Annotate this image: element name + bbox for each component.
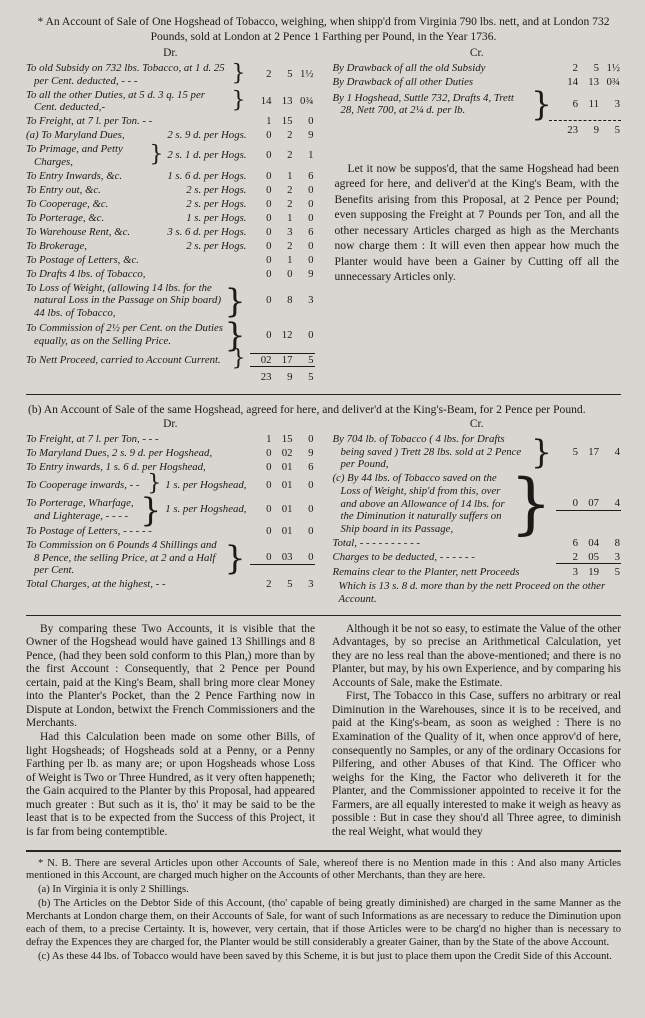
ledger-note: Which is 13 s. 8 d. more than by the net… <box>339 580 622 606</box>
amount-group: 020 <box>250 184 315 197</box>
ledger-row: To Drafts 4 lbs. of Tobacco,009 <box>26 268 315 281</box>
amount: 1 <box>272 212 293 225</box>
amount: 2 <box>251 68 272 81</box>
amount: 0 <box>557 497 578 510</box>
amount: 23 <box>251 371 272 384</box>
entry-rate: 2 s. per Hogs. <box>186 240 246 253</box>
ledger-row: To Brokerage,2 s. per Hogs.020 <box>26 240 315 253</box>
ledger-row: 2395 <box>333 124 622 137</box>
entry-label: To Cooperage, &c. <box>26 198 183 211</box>
amount: 0 <box>293 198 314 211</box>
ledger-row: To Maryland Dues, 2 s. 9 d. per Hogshead… <box>26 447 315 460</box>
ledger-row: To all the other Duties, at 5 d. 3 q. 15… <box>26 89 315 114</box>
amount: 0 <box>293 115 314 128</box>
debit-column-label: Dr. <box>26 47 315 59</box>
amount-group: 3195 <box>556 566 621 579</box>
amount: 6 <box>557 537 578 550</box>
amount: 01 <box>272 525 293 538</box>
footnote: (b) The Articles on the Debtor Side of t… <box>26 898 621 950</box>
amount: 1 <box>251 433 272 446</box>
brace-glyph: } <box>531 90 552 118</box>
amount: 3 <box>293 578 314 591</box>
ledger-row: By Drawback of all other Duties14130¾ <box>333 76 622 89</box>
amount: 9 <box>272 371 293 384</box>
amount: 5 <box>293 371 314 384</box>
account-b-column-labels: Dr. Cr. <box>26 418 621 430</box>
amount: 0 <box>251 447 272 460</box>
brace-glyph: } <box>225 544 246 572</box>
amount: 0 <box>251 503 272 516</box>
amount: 0 <box>293 503 314 516</box>
amount: 0¾ <box>293 95 314 108</box>
amount-group: 010 <box>250 254 315 267</box>
amount: 3 <box>599 551 620 564</box>
ledger-row: Charges to be deducted, - - - - - -2053 <box>333 551 622 565</box>
amount: 9 <box>578 124 599 137</box>
ledger-row: To Warehouse Rent, &c.3 s. 6 d. per Hogs… <box>26 226 315 239</box>
commentary-columns: By comparing these Two Accounts, it is v… <box>26 623 621 840</box>
amount-group: 14130¾ <box>556 76 621 89</box>
entry-rate: 1 s. per Hogshead, <box>165 503 246 516</box>
amount: 1½ <box>599 62 620 75</box>
amount: 01 <box>272 479 293 492</box>
scanned-ledger-page: * An Account of Sale of One Hogshead of … <box>0 0 645 1018</box>
amount-group: 020 <box>250 198 315 211</box>
commentary-right-column: Although it be not so easy, to estimate … <box>332 623 621 840</box>
ledger-row: By 704 lb. of Tobacco ( 4 lbs. for Draft… <box>333 433 622 471</box>
entry-label: By Drawback of all the old Subsidy <box>333 62 554 75</box>
dashed-rule <box>549 120 621 123</box>
amount: 6 <box>557 98 578 111</box>
account-a-ledger: To old Subsidy on 732 lbs. Tobacco, at 1… <box>26 61 621 385</box>
amount: 2 <box>251 578 272 591</box>
amount: 17 <box>272 354 293 367</box>
amount: 02 <box>251 354 272 367</box>
commentary-paragraph: Had this Calculation been made on some o… <box>26 731 315 840</box>
amount: 3 <box>557 566 578 579</box>
commentary-left-column: By comparing these Two Accounts, it is v… <box>26 623 315 840</box>
entry-label: To Primage, and Petty Charges, <box>26 143 148 168</box>
entry-rate: 2 s. per Hogs. <box>186 184 246 197</box>
account-b-header: (b) An Account of Sale of the same Hogsh… <box>28 402 619 417</box>
amount: 07 <box>578 497 599 510</box>
amount-group: 0010 <box>250 503 315 516</box>
brace-glyph: } <box>149 146 163 165</box>
amount: 0 <box>251 479 272 492</box>
amount: 6 <box>293 226 314 239</box>
amount: 2 <box>272 198 293 211</box>
amount: 19 <box>578 566 599 579</box>
amount: 0 <box>251 226 272 239</box>
entry-rate: 1 s. per Hogshead, <box>165 479 246 492</box>
entry-label: To Freight, at 7 l. per Ton, - - - <box>26 433 247 446</box>
amount: 0 <box>293 254 314 267</box>
entry-rate: 1 s. per Hogs. <box>186 212 246 225</box>
entry-rate: 3 s. 6 d. per Hogs. <box>167 226 246 239</box>
account-a-credit-column: By Drawback of all the old Subsidy251½By… <box>333 61 622 385</box>
ledger-row: (a) To Maryland Dues,2 s. 9 d. per Hogs.… <box>26 129 315 142</box>
ledger-row: To Porterage, &c.1 s. per Hogs.010 <box>26 212 315 225</box>
entry-label: To Loss of Weight, (allowing 14 lbs. for… <box>26 282 224 320</box>
ledger-row: To Entry Inwards, &c.1 s. 6 d. per Hogs.… <box>26 170 315 183</box>
amount-group: 2053 <box>556 551 621 565</box>
amount-group: 1150 <box>250 433 315 446</box>
amount: 6 <box>293 461 314 474</box>
amount: 4 <box>599 446 620 459</box>
amount: 1 <box>293 149 314 162</box>
amount-group: 1150 <box>250 115 315 128</box>
brace-glyph: } <box>225 287 246 315</box>
amount: 0 <box>251 525 272 538</box>
commentary-paragraph: By comparing these Two Accounts, it is v… <box>26 623 315 732</box>
entry-label: Charges to be deducted, - - - - - - <box>333 551 554 564</box>
amount: 03 <box>272 551 293 564</box>
amount: 0 <box>293 212 314 225</box>
ledger-row: To old Subsidy on 732 lbs. Tobacco, at 1… <box>26 62 315 87</box>
amount-group: 2395 <box>250 371 315 384</box>
entry-label: To Commission of 2½ per Cent. on the Dut… <box>26 322 224 347</box>
amount: 6 <box>293 170 314 183</box>
ledger-row: (c) By 44 lbs. of Tobacco saved on the L… <box>333 472 622 535</box>
amount: 0 <box>251 170 272 183</box>
amount: 5 <box>599 566 620 579</box>
ledger-row: To Loss of Weight, (allowing 14 lbs. for… <box>26 282 315 320</box>
amount-group: 0016 <box>250 461 315 474</box>
ledger-row <box>333 120 622 123</box>
entry-label: To all the other Duties, at 5 d. 3 q. 15… <box>26 89 231 114</box>
entry-label: To Porterage, &c. <box>26 212 183 225</box>
amount-group: 021 <box>250 149 315 162</box>
amount: 0 <box>251 240 272 253</box>
brace-glyph: } <box>225 321 246 349</box>
amount: 9 <box>293 268 314 281</box>
amount-group: 6048 <box>556 537 621 550</box>
entry-rate: 1 s. 6 d. per Hogs. <box>167 170 246 183</box>
footnote: (c) As these 44 lbs. of Tobacco would ha… <box>26 951 621 964</box>
footnote: (a) In Virginia it is only 2 Shillings. <box>26 884 621 897</box>
footnotes: * N. B. There are several Articles upon … <box>26 858 621 964</box>
amount: 13 <box>272 95 293 108</box>
account-b-debit-column: To Freight, at 7 l. per Ton, - - -1150To… <box>26 432 315 606</box>
account-b-ledger: To Freight, at 7 l. per Ton, - - -1150To… <box>26 432 621 606</box>
amount: 04 <box>578 537 599 550</box>
ledger-row: To Commission of 2½ per Cent. on the Dut… <box>26 321 315 349</box>
amount-group: 251½ <box>556 62 621 75</box>
amount: 1 <box>272 170 293 183</box>
amount: 2 <box>272 129 293 142</box>
amount: 5 <box>293 354 314 367</box>
amount: 23 <box>557 124 578 137</box>
amount: 02 <box>272 447 293 460</box>
ledger-row: To Primage, and Petty Charges,}2 s. 1 d.… <box>26 143 315 168</box>
amount-group: 0029 <box>250 447 315 460</box>
amount-group: 010 <box>250 212 315 225</box>
ledger-row: To Porterage, Wharfage, and Lighterage, … <box>26 496 315 524</box>
amount: 13 <box>578 76 599 89</box>
amount: 1½ <box>293 68 314 81</box>
entry-label: To Entry out, &c. <box>26 184 183 197</box>
amount: 0 <box>251 254 272 267</box>
amount: 0¾ <box>599 76 620 89</box>
entry-rate: 2 s. 9 d. per Hogs. <box>167 129 246 142</box>
entry-label: To old Subsidy on 732 lbs. Tobacco, at 1… <box>26 62 231 87</box>
amount: 0 <box>293 240 314 253</box>
entry-label: (a) To Maryland Dues, <box>26 129 164 142</box>
ledger-row: To Entry inwards, 1 s. 6 d. per Hogshead… <box>26 461 315 474</box>
account-a-commentary: Let it now be suppos'd, that the same Ho… <box>335 161 620 285</box>
ledger-row: By Drawback of all the old Subsidy251½ <box>333 62 622 75</box>
entry-label: To Maryland Dues, 2 s. 9 d. per Hogshead… <box>26 447 247 460</box>
amount: 9 <box>293 129 314 142</box>
commentary-paragraph: First, The Tobacco in this Case, suffers… <box>332 690 621 839</box>
account-b-credit-column: By 704 lb. of Tobacco ( 4 lbs. for Draft… <box>333 432 622 606</box>
amount-group: 016 <box>250 170 315 183</box>
brace-glyph: } <box>140 496 161 524</box>
amount: 5 <box>272 578 293 591</box>
entry-label: To Drafts 4 lbs. of Tobacco, <box>26 268 247 281</box>
amount-group: 009 <box>250 268 315 281</box>
brace-glyph: } <box>510 476 552 532</box>
entry-label: To Warehouse Rent, &c. <box>26 226 164 239</box>
amount: 3 <box>293 294 314 307</box>
brace-glyph: } <box>232 65 246 84</box>
amount: 5 <box>272 68 293 81</box>
ledger-row: Total Charges, at the highest, - -253 <box>26 578 315 591</box>
brace-glyph: } <box>232 92 246 111</box>
amount: 8 <box>599 537 620 550</box>
entry-label: Total, - - - - - - - - - - <box>333 537 554 550</box>
ledger-row: To Cooperage inwards, - -}1 s. per Hogsh… <box>26 475 315 494</box>
amount: 0 <box>293 433 314 446</box>
entry-label: To Cooperage inwards, - - <box>26 479 146 492</box>
amount: 01 <box>272 461 293 474</box>
amount: 0 <box>251 329 272 342</box>
entry-label: To Porterage, Wharfage, and Lighterage, … <box>26 497 139 522</box>
amount: 0 <box>251 551 272 564</box>
amount: 3 <box>272 226 293 239</box>
amount-group: 0010 <box>250 525 315 538</box>
ledger-row: To Nett Proceed, carried to Account Curr… <box>26 350 315 369</box>
amount-group: 020 <box>250 240 315 253</box>
amount-group: 0120 <box>250 329 315 342</box>
amount-group: 029 <box>250 129 315 142</box>
amount: 2 <box>557 551 578 564</box>
amount: 1 <box>251 115 272 128</box>
amount-group: 5174 <box>556 446 621 459</box>
amount: 0 <box>293 479 314 492</box>
footnote: * N. B. There are several Articles upon … <box>26 858 621 884</box>
entry-label: By Drawback of all other Duties <box>333 76 554 89</box>
amount: 14 <box>557 76 578 89</box>
entry-label: To Entry inwards, 1 s. 6 d. per Hogshead… <box>26 461 247 474</box>
entry-label: To Entry Inwards, &c. <box>26 170 164 183</box>
entry-rate: 2 s. per Hogs. <box>186 198 246 211</box>
amount-group: 0030 <box>250 551 315 565</box>
amount: 5 <box>578 62 599 75</box>
amount: 2 <box>272 240 293 253</box>
entry-label: To Postage of Letters, - - - - - <box>26 525 247 538</box>
amount: 15 <box>272 115 293 128</box>
amount: 4 <box>599 497 620 510</box>
amount: 05 <box>578 551 599 564</box>
amount: 0 <box>251 461 272 474</box>
amount: 5 <box>599 124 620 137</box>
amount-group: 0074 <box>556 497 621 511</box>
ledger-row: By 1 Hogshead, Suttle 732, Drafts 4, Tre… <box>333 90 622 118</box>
amount: 0 <box>251 294 272 307</box>
entry-label: To Nett Proceed, carried to Account Curr… <box>26 354 231 367</box>
amount: 8 <box>272 294 293 307</box>
amount-group: 253 <box>250 578 315 591</box>
amount: 1 <box>272 254 293 267</box>
amount: 0 <box>293 525 314 538</box>
commentary-paragraph: Although it be not so easy, to estimate … <box>332 623 621 691</box>
amount: 0 <box>251 212 272 225</box>
entry-label: By 704 lb. of Tobacco ( 4 lbs. for Draft… <box>333 433 531 471</box>
entry-label: By 1 Hogshead, Suttle 732, Drafts 4, Tre… <box>333 92 531 117</box>
entry-label: To Commission on 6 Pounds 4 Shillings an… <box>26 539 224 577</box>
entry-rate: 2 s. 1 d. per Hogs. <box>167 149 246 162</box>
section-divider <box>26 394 621 395</box>
amount: 12 <box>272 329 293 342</box>
amount: 15 <box>272 433 293 446</box>
amount-group: 14130¾ <box>250 95 315 108</box>
amount: 0 <box>251 149 272 162</box>
ledger-row: To Postage of Letters, - - - - -0010 <box>26 525 315 538</box>
amount: 0 <box>293 551 314 564</box>
brace-glyph: } <box>531 438 552 466</box>
ledger-row: To Freight, at 7 l. per Ton, - - -1150 <box>26 433 315 446</box>
amount: 3 <box>599 98 620 111</box>
entry-label: To Brokerage, <box>26 240 183 253</box>
ledger-row: To Cooperage, &c.2 s. per Hogs.020 <box>26 198 315 211</box>
amount-group: 036 <box>250 226 315 239</box>
entry-label: To Postage of Letters, &c. <box>26 254 247 267</box>
amount: 2 <box>272 184 293 197</box>
ledger-row: Remains clear to the Planter, nett Proce… <box>333 566 622 579</box>
amount: 0 <box>293 329 314 342</box>
footnote-divider <box>26 850 621 852</box>
ledger-row: To Freight, at 7 l. per Ton. - -1150 <box>26 115 315 128</box>
amount-group: 2395 <box>556 124 621 137</box>
entry-label: To Freight, at 7 l. per Ton. - - <box>26 115 247 128</box>
amount: 0 <box>272 268 293 281</box>
amount: 2 <box>557 62 578 75</box>
credit-column-label: Cr. <box>333 418 622 430</box>
debit-column-label: Dr. <box>26 418 315 430</box>
entry-label: (c) By 44 lbs. of Tobacco saved on the L… <box>333 472 510 535</box>
ledger-row: Total, - - - - - - - - - -6048 <box>333 537 622 550</box>
ledger-row: To Entry out, &c.2 s. per Hogs.020 <box>26 184 315 197</box>
ledger-row: To Commission on 6 Pounds 4 Shillings an… <box>26 539 315 577</box>
amount: 5 <box>557 446 578 459</box>
amount: 0 <box>293 184 314 197</box>
amount: 2 <box>272 149 293 162</box>
amount-group: 6113 <box>556 98 621 111</box>
amount: 17 <box>578 446 599 459</box>
account-a-debit-column: To old Subsidy on 732 lbs. Tobacco, at 1… <box>26 61 315 385</box>
amount: 0 <box>251 268 272 281</box>
ledger-row: To Postage of Letters, &c.010 <box>26 254 315 267</box>
credit-column-label: Cr. <box>333 47 622 59</box>
account-a-credit-rows: By Drawback of all the old Subsidy251½By… <box>333 62 622 137</box>
brace-glyph: } <box>232 350 246 369</box>
amount-group: 02175 <box>250 353 315 368</box>
amount: 0 <box>251 184 272 197</box>
account-a-column-labels: Dr. Cr. <box>26 47 621 59</box>
amount: 0 <box>251 129 272 142</box>
amount: 0 <box>251 198 272 211</box>
amount: 9 <box>293 447 314 460</box>
entry-label: Remains clear to the Planter, nett Proce… <box>333 566 554 579</box>
amount-group: 251½ <box>250 68 315 81</box>
amount: 14 <box>251 95 272 108</box>
amount: 11 <box>578 98 599 111</box>
entry-label: Total Charges, at the highest, - - <box>26 578 247 591</box>
section-divider <box>26 615 621 616</box>
amount: 01 <box>272 503 293 516</box>
amount-group: 0010 <box>250 479 315 492</box>
amount-group: 083 <box>250 294 315 307</box>
ledger-row: 2395 <box>26 371 315 384</box>
account-a-header: * An Account of Sale of One Hogshead of … <box>30 14 617 45</box>
